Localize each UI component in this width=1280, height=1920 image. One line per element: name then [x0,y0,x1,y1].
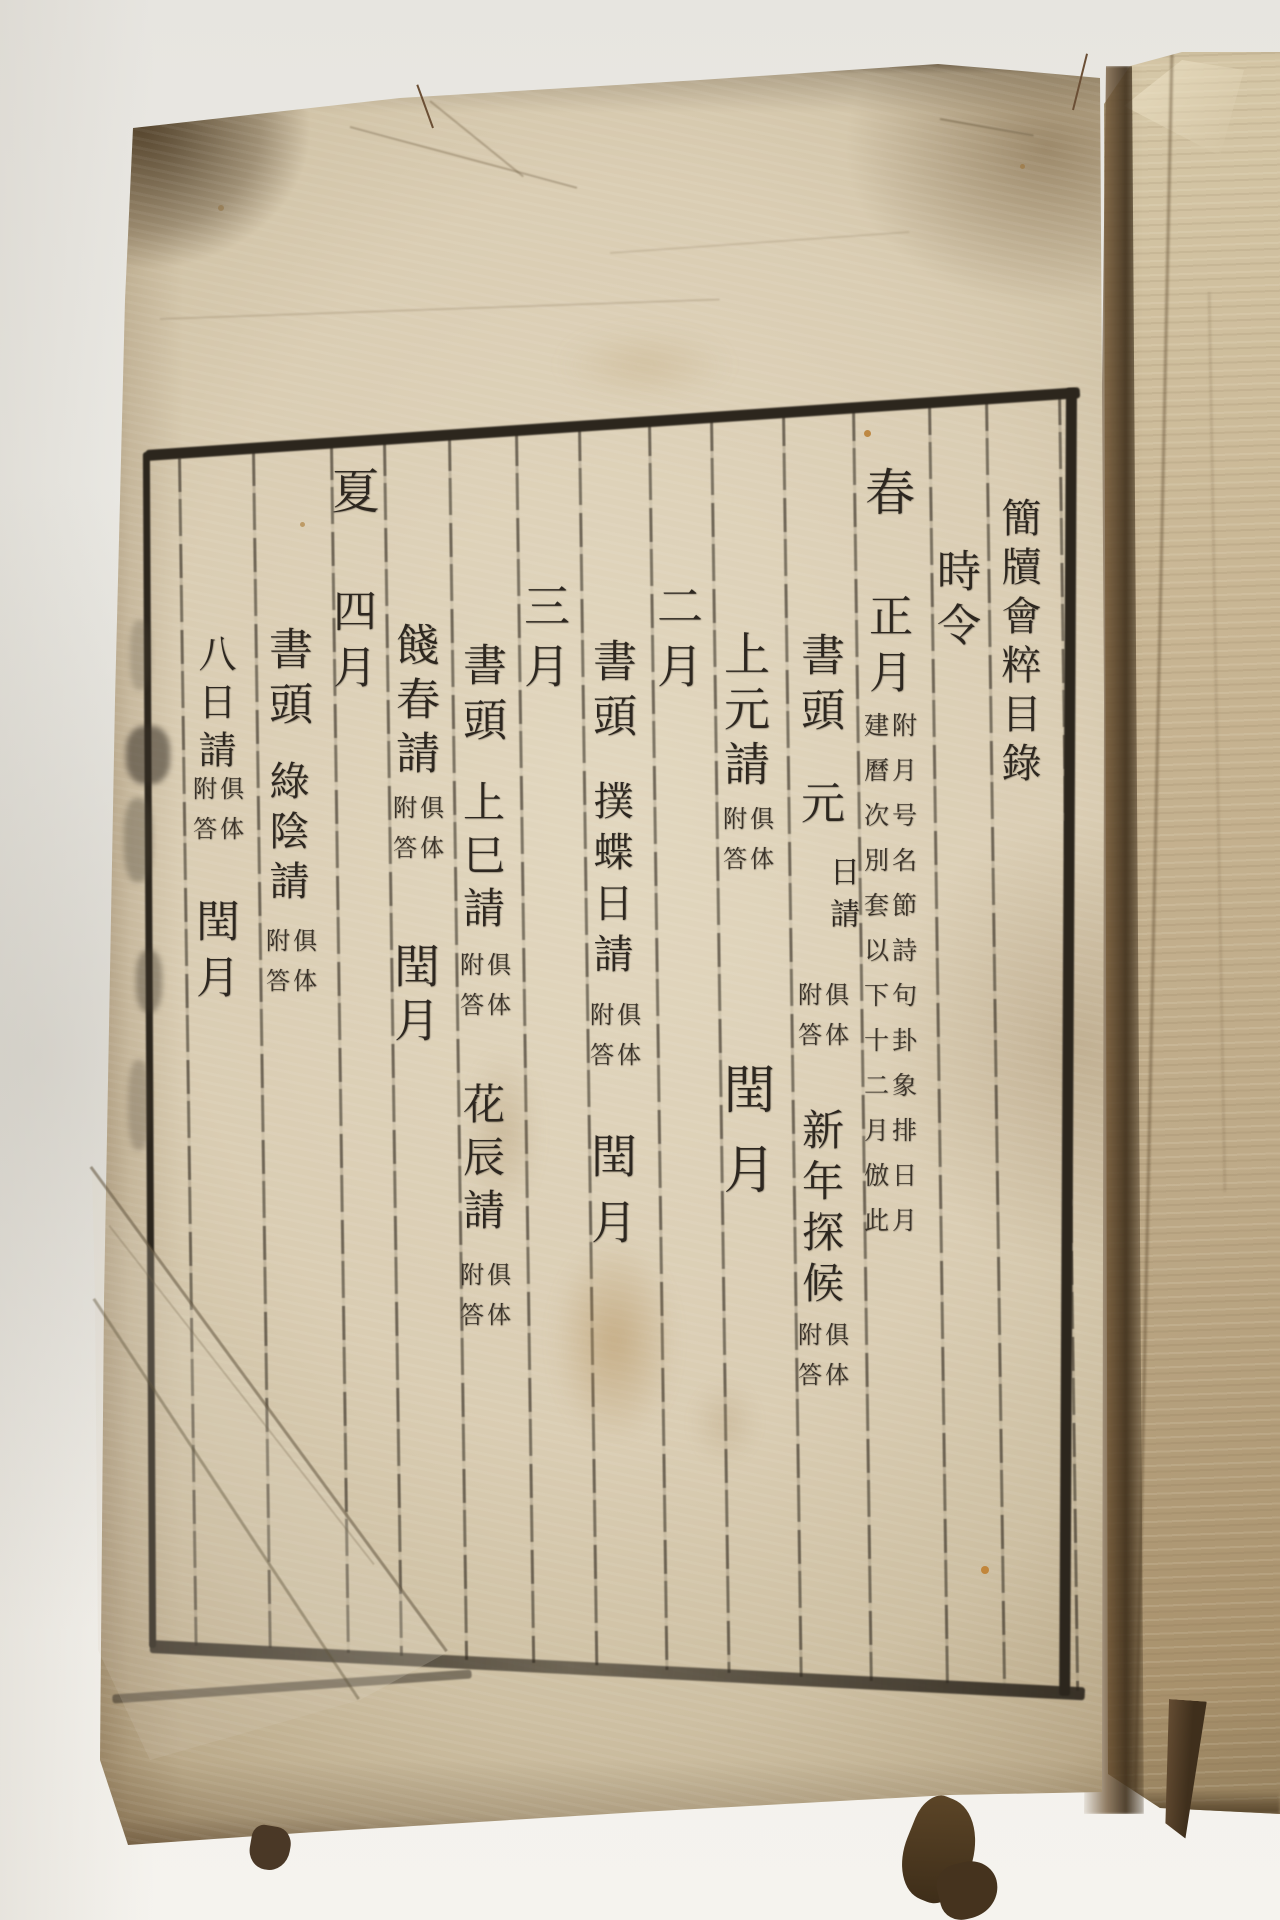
entry-annotation: 俱体 附答 [707,806,783,886]
paper-speck [218,205,224,211]
entry-newyear-day: 元 [796,780,840,824]
season-spring: 春 [861,466,911,516]
facing-page-corner-fold [1124,60,1244,156]
entry-annotation: 俱体 附答 [377,795,453,875]
annotation-right-line: 俱体 [614,1002,638,1082]
entry-letter-head: 書頭 [796,632,840,742]
annotation-left-line: 附答 [720,806,744,886]
entry-butterfly-day: 撲蝶日請 [590,780,630,984]
entry-newyear-day-small: 日請 [826,856,856,940]
entry-annotation: 俱体 附答 [782,982,858,1062]
book-title: 簡牘會粹目錄 [998,497,1038,791]
entry-flower-morn: 花辰請 [459,1082,501,1241]
entry-sangwon: 上元請 [720,630,766,795]
annotation-left-line: 附答 [587,1002,611,1082]
month-second: 二月 [653,582,699,702]
entry-annotation: 俱体 附答 [444,952,520,1032]
month-fourth: 四月 [328,588,372,700]
ink-bleed-mark [124,798,152,882]
annotation-right-line: 俱体 [290,928,314,1008]
calendar-annotation: 附月号名節詩句卦象排日月 建曆次別套以下十二月倣此 [846,712,930,1252]
leap-month: 閏月 [587,1132,633,1264]
paper-speck [864,430,871,437]
month-third: 三月 [520,582,566,702]
annotation-right-line: 俱体 [822,982,846,1062]
photo-of-woodblock-book: 簡牘會粹目錄 時令 春 正月 附月号名節詩句卦象排日月 建曆次別套以下十二月倣此… [0,0,1280,1920]
annotation-right-line: 俱体 [484,952,508,1032]
ink-bleed-mark [128,1060,150,1150]
ink-bleed-mark [136,950,162,1012]
section-heading: 時令 [932,548,976,656]
entry-farewell-spring: 餞春請 [391,622,435,784]
paper-stain [560,330,730,400]
paper-stain [690,1380,760,1465]
paper-stain [552,1238,677,1443]
entry-annotation: 俱体 附答 [250,928,326,1008]
ink-bleed-mark [126,726,170,784]
entry-annotation: 俱体 附答 [574,1002,650,1082]
annotation-right-line: 俱体 [822,1322,846,1402]
season-summer: 夏 [326,466,374,514]
annotation-right-line: 附月号名節詩句卦象排日月 [890,712,915,1252]
ink-bleed-mark [130,620,150,690]
annotation-left-line: 建曆次別套以下十二月倣此 [862,712,887,1252]
annotation-left-line: 附答 [190,776,214,856]
entry-letter-head: 書頭 [458,642,502,752]
leap-month: 閏月 [191,898,235,1010]
annotation-right-line: 俱体 [484,1262,508,1342]
entry-newyear-greeting: 新年探候 [798,1108,840,1312]
annotation-left-line: 附答 [457,952,481,1032]
annotation-right-line: 俱体 [417,795,441,875]
entry-annotation: 俱体 附答 [444,1262,520,1342]
leap-month: 閏月 [717,1062,769,1222]
annotation-right-line: 俱体 [217,776,241,856]
annotation-right-line: 俱体 [747,806,771,886]
month-first: 正月 [864,593,908,705]
entry-eighth-day: 八日請 [194,634,232,778]
entry-annotation: 俱体 附答 [782,1322,858,1402]
paper-speck [981,1566,989,1574]
annotation-left-line: 附答 [263,928,287,1008]
entry-annotation: 俱体 附答 [177,776,253,856]
facing-page-crease [1208,292,1226,1192]
paper-speck [300,522,305,527]
entry-letter-head: 書頭 [588,638,632,748]
annotation-left-line: 附答 [795,1322,819,1402]
annotation-left-line: 附答 [390,795,414,875]
entry-letter-head: 書頭 [264,626,308,736]
paper-speck [1020,164,1025,169]
annotation-left-line: 附答 [457,1262,481,1342]
annotation-left-line: 附答 [795,982,819,1062]
leap-month: 閏月 [390,942,436,1050]
entry-green-shade: 綠陰請 [266,760,306,910]
entry-sangsa: 上巳請 [459,780,501,939]
